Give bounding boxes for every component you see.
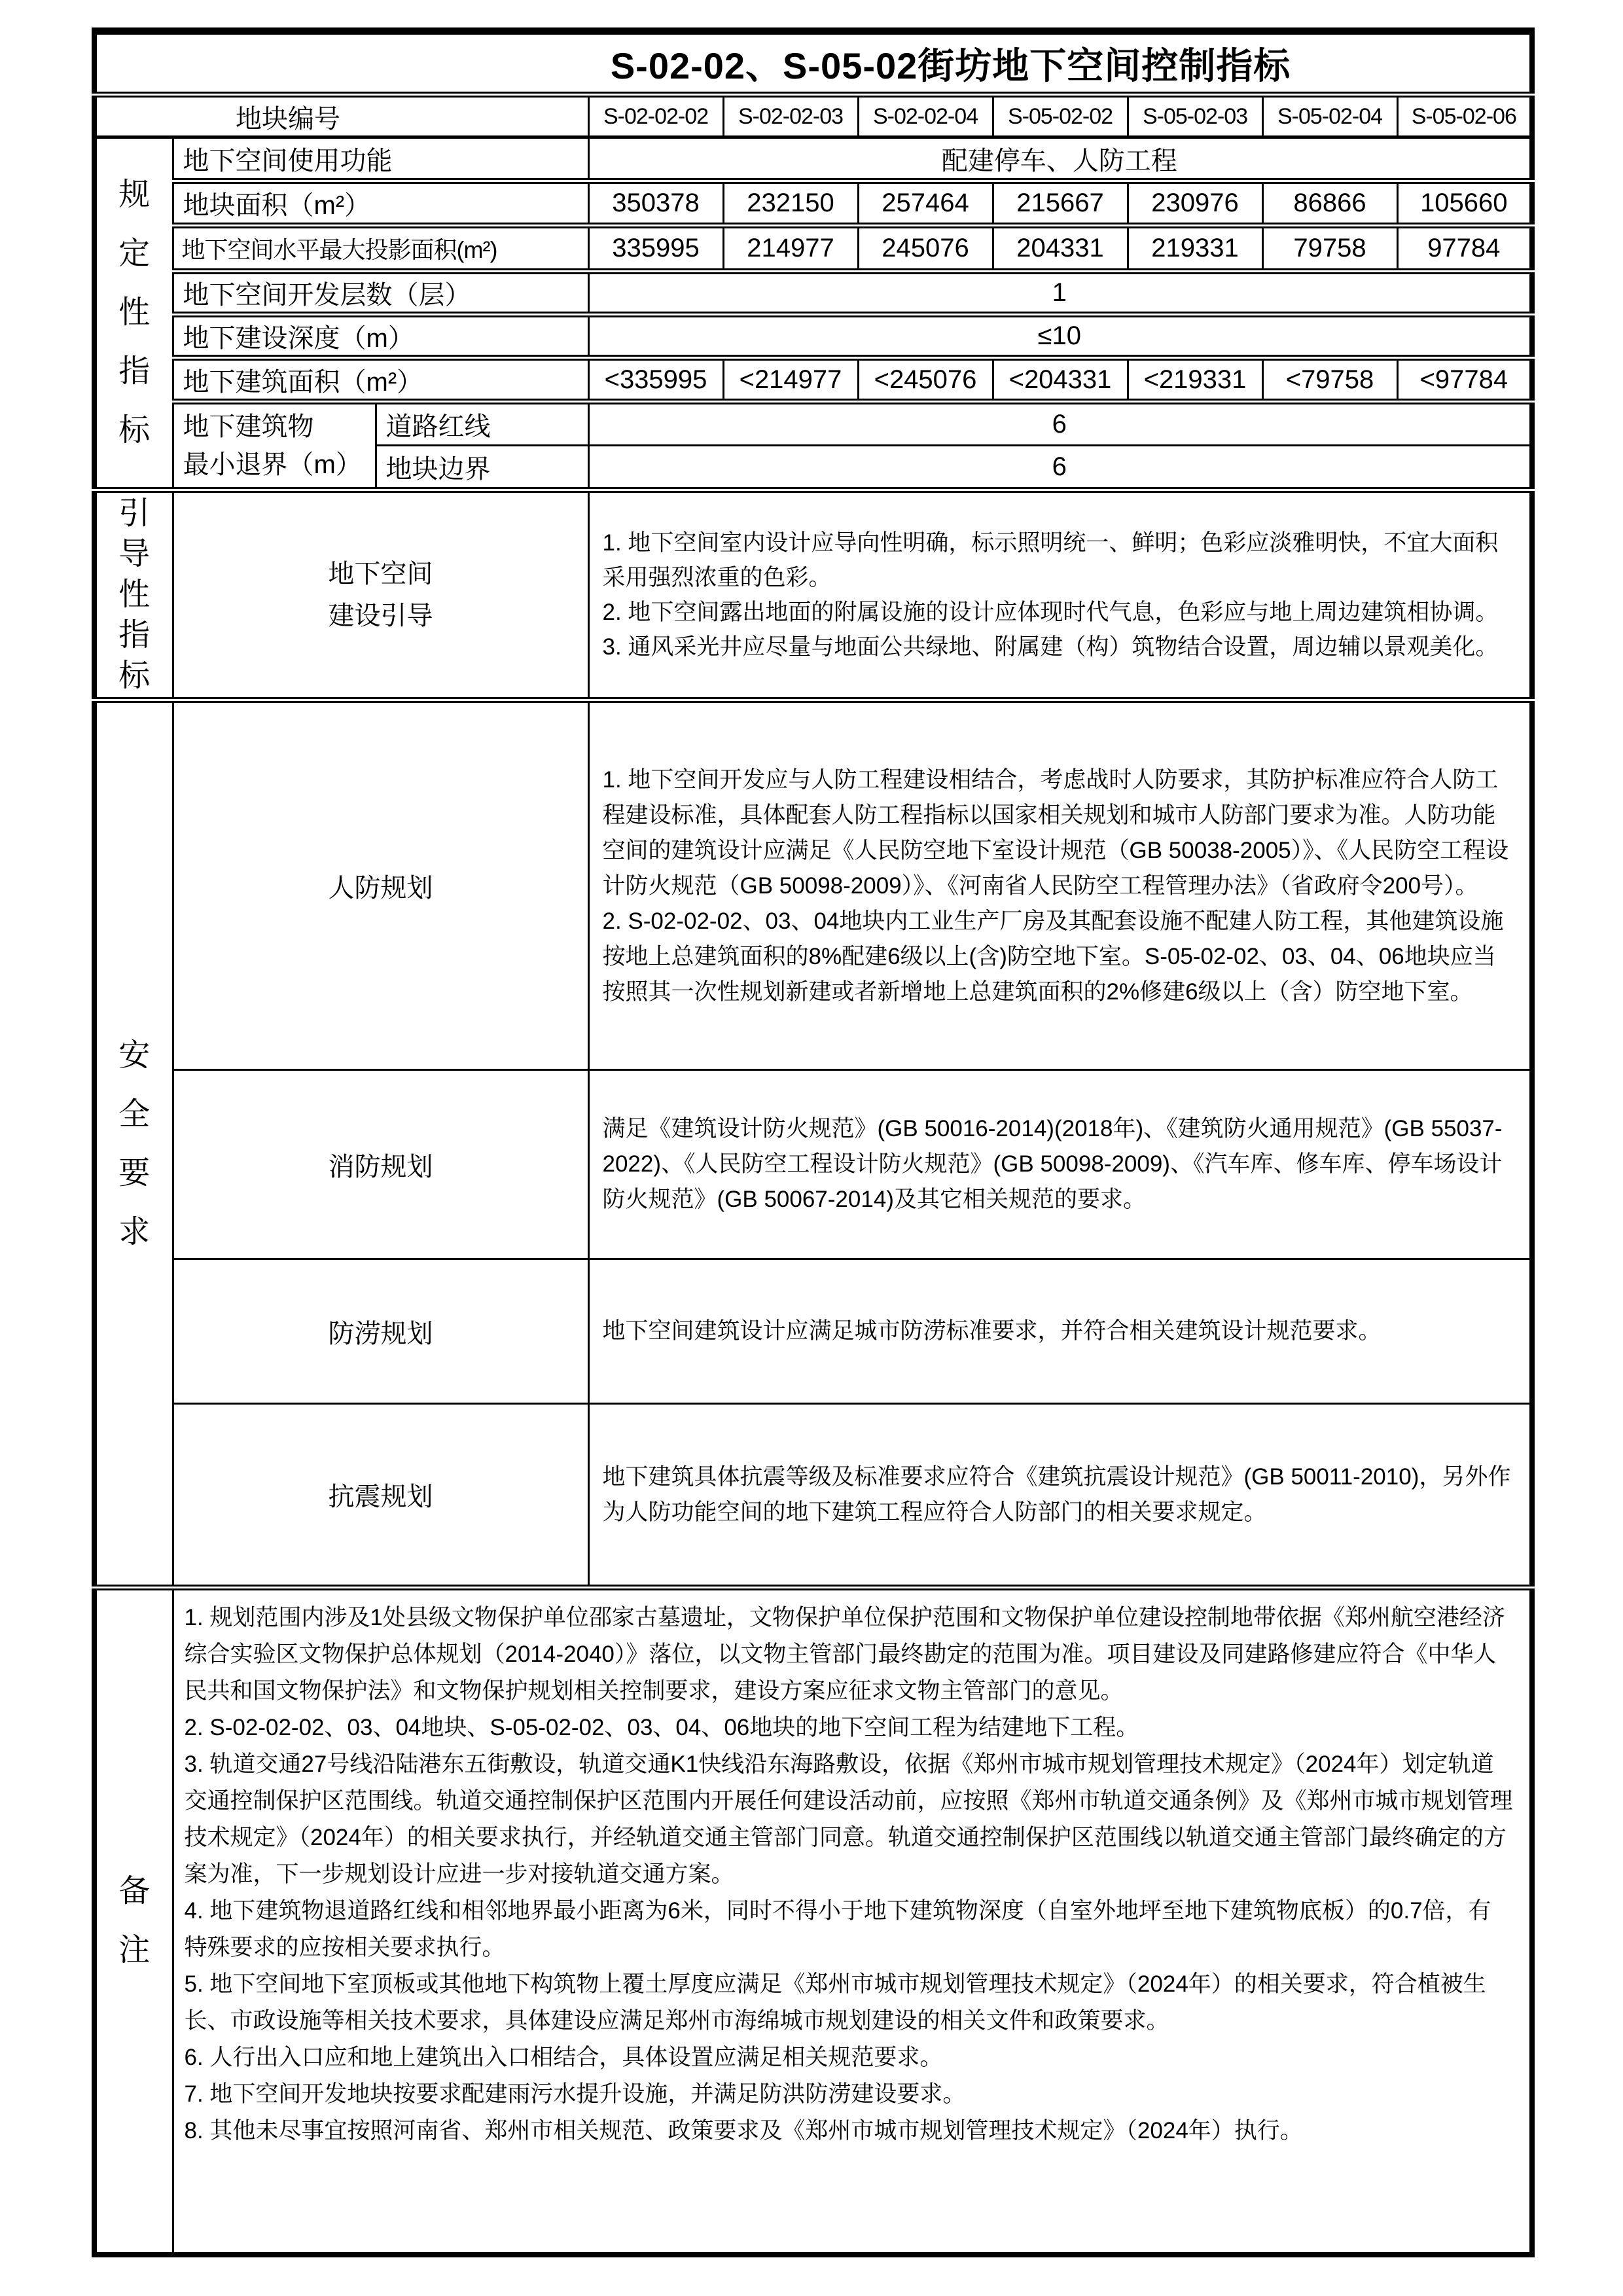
fire-planning-row: 消防规划 满足《建筑设计防火规范》(GB 50016-2014)(2018年)、… xyxy=(94,1070,1532,1259)
plot-area-value: 232150 xyxy=(723,181,858,226)
plot-area-value: 105660 xyxy=(1397,181,1532,226)
guidance-section-label-cell: 引导性指标 xyxy=(94,490,173,700)
depth-value: ≤10 xyxy=(588,315,1532,358)
note-item: 3. 轨道交通27号线沿陆港东五街敷设，轨道交通K1快线沿东海路敷设，依据《郑州… xyxy=(185,1746,1514,1893)
road-red-line-label: 道路红线 xyxy=(376,402,588,446)
seismic-paragraph: 地下建筑具体抗震等级及标准要求应符合《建筑抗震设计规范》(GB 50011-20… xyxy=(603,1460,1516,1530)
setback-label-cell: 地下建筑物 最小退界（m） xyxy=(173,402,376,490)
note-item: 8. 其他未尽事宜按照河南省、郑州市相关规范、政策要求及《郑州市城市规划管理技术… xyxy=(185,2113,1514,2149)
seismic-row: 抗震规划 地下建筑具体抗震等级及标准要求应符合《建筑抗震设计规范》(GB 500… xyxy=(94,1404,1532,1588)
safety-section-label: 安全要求 xyxy=(117,1026,151,1262)
title-cell: S-02-02、S-05-02街坊地下空间控制指标 xyxy=(94,31,1532,95)
projection-area-value: 245076 xyxy=(858,226,993,272)
projection-area-value: 79758 xyxy=(1262,226,1397,272)
control-indicator-sheet: S-02-02、S-05-02街坊地下空间控制指标 地块编号 S-02-02-0… xyxy=(92,27,1535,2257)
plot-boundary-label: 地块边界 xyxy=(376,446,588,490)
projection-area-row: 地下空间水平最大投影面积(m²) 335995 214977 245076 20… xyxy=(94,226,1532,272)
plot-code-header: S-05-02-03 xyxy=(1128,95,1262,137)
plot-code-header: S-05-02-06 xyxy=(1397,95,1532,137)
plot-code-header: S-05-02-02 xyxy=(993,95,1128,137)
plot-code-header: S-02-02-02 xyxy=(588,95,723,137)
floor-area-label: 地下建筑面积（m²） xyxy=(173,358,588,402)
guidance-paragraph: 2. 地下空间露出地面的附属设施的设计应体现时代气息，色彩应与地上周边建筑相协调… xyxy=(603,595,1518,630)
plot-header-row: 地块编号 S-02-02-02 S-02-02-03 S-02-02-04 S-… xyxy=(94,95,1532,137)
notes-row: 备注 1. 规划范围内涉及1处县级文物保护单位邵家古墓遗址，文物保护单位保护范围… xyxy=(94,1588,1532,2255)
guidance-row: 引导性指标 地下空间 建设引导 1. 地下空间室内设计应导向性明确，标示照明统一… xyxy=(94,490,1532,700)
plot-area-label: 地块面积（m²） xyxy=(173,181,588,226)
usage-function-row: 规定性指标 地下空间使用功能 配建停车、人防工程 xyxy=(94,137,1532,181)
note-item: 7. 地下空间开发地块按要求配建雨污水提升设施，并满足防洪防涝建设要求。 xyxy=(185,2076,1514,2113)
road-red-line-value: 6 xyxy=(588,402,1532,446)
floor-area-row: 地下建筑面积（m²） <335995 <214977 <245076 <2043… xyxy=(94,358,1532,402)
projection-area-value: 204331 xyxy=(993,226,1128,272)
depth-label: 地下建设深度（m） xyxy=(173,315,588,358)
setback-label-line2: 最小退界（m） xyxy=(183,446,375,484)
projection-area-value: 219331 xyxy=(1128,226,1262,272)
floor-area-value: <335995 xyxy=(588,358,723,402)
note-item: 4. 地下建筑物退道路红线和相邻地界最小距离为6米，同时不得小于地下建筑物深度（… xyxy=(185,1893,1514,1966)
plot-area-value: 257464 xyxy=(858,181,993,226)
guidance-row-label: 地下空间 建设引导 xyxy=(173,490,588,700)
plot-area-value: 215667 xyxy=(993,181,1128,226)
plot-code-header: S-02-02-03 xyxy=(723,95,858,137)
floor-area-value: <97784 xyxy=(1397,358,1532,402)
projection-area-value: 97784 xyxy=(1397,226,1532,272)
regulatory-section-label-cell: 规定性指标 xyxy=(94,137,173,490)
notes-text-cell: 1. 规划范围内涉及1处县级文物保护单位邵家古墓遗址，文物保护单位保护范围和文物… xyxy=(173,1588,1532,2255)
plot-code-header: S-02-02-04 xyxy=(858,95,993,137)
setback-road-row: 地下建筑物 最小退界（m） 道路红线 6 xyxy=(94,402,1532,446)
notes-section-label: 备注 xyxy=(117,1862,151,1980)
plot-code-header: S-05-02-04 xyxy=(1262,95,1397,137)
guidance-paragraph: 3. 通风采光井应尽量与地面公共绿地、附属建（构）筑物结合设置，周边辅以景观美化… xyxy=(603,630,1518,664)
floor-area-value: <214977 xyxy=(723,358,858,402)
waterlogging-text-cell: 地下空间建筑设计应满足城市防涝标准要求，并符合相关建筑设计规范要求。 xyxy=(588,1259,1532,1404)
note-item: 5. 地下空间地下室顶板或其他地下构筑物上覆土厚度应满足《郑州市城市规划管理技术… xyxy=(185,1966,1514,2039)
depth-row: 地下建设深度（m） ≤10 xyxy=(94,315,1532,358)
note-item: 6. 人行出入口应和地上建筑出入口相结合，具体设置应满足相关规范要求。 xyxy=(185,2039,1514,2076)
plot-number-label: 地块编号 xyxy=(94,95,588,137)
waterlogging-paragraph: 地下空间建筑设计应满足城市防涝标准要求，并符合相关建筑设计规范要求。 xyxy=(603,1314,1516,1349)
usage-function-value: 配建停车、人防工程 xyxy=(588,137,1532,181)
setback-label-line1: 地下建筑物 xyxy=(183,408,375,446)
floor-area-value: <219331 xyxy=(1128,358,1262,402)
control-indicator-table: S-02-02、S-05-02街坊地下空间控制指标 地块编号 S-02-02-0… xyxy=(92,27,1535,2257)
floor-area-value: <79758 xyxy=(1262,358,1397,402)
floor-area-value: <204331 xyxy=(993,358,1128,402)
levels-value: 1 xyxy=(588,272,1532,315)
projection-area-value: 335995 xyxy=(588,226,723,272)
fire-planning-paragraph: 满足《建筑设计防火规范》(GB 50016-2014)(2018年)、《建筑防火… xyxy=(603,1111,1516,1217)
note-item: 1. 规划范围内涉及1处县级文物保护单位邵家古墓遗址，文物保护单位保护范围和文物… xyxy=(185,1600,1514,1710)
plot-area-value: 86866 xyxy=(1262,181,1397,226)
civil-defense-paragraph: 2. S-02-02-02、03、04地块内工业生产厂房及其配套设施不配建人防工… xyxy=(603,904,1516,1010)
fire-planning-label: 消防规划 xyxy=(173,1070,588,1259)
notes-section-label-cell: 备注 xyxy=(94,1588,173,2255)
projection-area-value: 214977 xyxy=(723,226,858,272)
guidance-section-label: 引导性指标 xyxy=(117,493,151,696)
title-row: S-02-02、S-05-02街坊地下空间控制指标 xyxy=(94,31,1532,95)
floor-area-value: <245076 xyxy=(858,358,993,402)
plot-boundary-value: 6 xyxy=(588,446,1532,490)
levels-row: 地下空间开发层数（层） 1 xyxy=(94,272,1532,315)
safety-section-label-cell: 安全要求 xyxy=(94,700,173,1588)
seismic-text-cell: 地下建筑具体抗震等级及标准要求应符合《建筑抗震设计规范》(GB 50011-20… xyxy=(588,1404,1532,1588)
waterlogging-row: 防涝规划 地下空间建筑设计应满足城市防涝标准要求，并符合相关建筑设计规范要求。 xyxy=(94,1259,1532,1404)
note-item: 2. S-02-02-02、03、04地块、S-05-02-02、03、04、0… xyxy=(185,1710,1514,1746)
civil-defense-paragraph: 1. 地下空间开发应与人防工程建设相结合，考虑战时人防要求，其防护标准应符合人防… xyxy=(603,762,1516,904)
fire-planning-text-cell: 满足《建筑设计防火规范》(GB 50016-2014)(2018年)、《建筑防火… xyxy=(588,1070,1532,1259)
civil-defense-row: 安全要求 人防规划 1. 地下空间开发应与人防工程建设相结合，考虑战时人防要求，… xyxy=(94,700,1532,1070)
civil-defense-label: 人防规划 xyxy=(173,700,588,1070)
page-title: S-02-02、S-05-02街坊地下空间控制指标 xyxy=(611,45,1291,86)
plot-area-value: 350378 xyxy=(588,181,723,226)
levels-label: 地下空间开发层数（层） xyxy=(173,272,588,315)
projection-area-label: 地下空间水平最大投影面积(m²) xyxy=(173,226,588,272)
seismic-label: 抗震规划 xyxy=(173,1404,588,1588)
waterlogging-label: 防涝规划 xyxy=(173,1259,588,1404)
guidance-paragraph: 1. 地下空间室内设计应导向性明确，标示照明统一、鲜明；色彩应淡雅明快，不宜大面… xyxy=(603,526,1518,595)
guidance-text-cell: 1. 地下空间室内设计应导向性明确，标示照明统一、鲜明；色彩应淡雅明快，不宜大面… xyxy=(588,490,1532,700)
plot-area-row: 地块面积（m²） 350378 232150 257464 215667 230… xyxy=(94,181,1532,226)
plot-area-value: 230976 xyxy=(1128,181,1262,226)
usage-function-label: 地下空间使用功能 xyxy=(173,137,588,181)
regulatory-section-label: 规定性指标 xyxy=(117,166,151,460)
civil-defense-text-cell: 1. 地下空间开发应与人防工程建设相结合，考虑战时人防要求，其防护标准应符合人防… xyxy=(588,700,1532,1070)
